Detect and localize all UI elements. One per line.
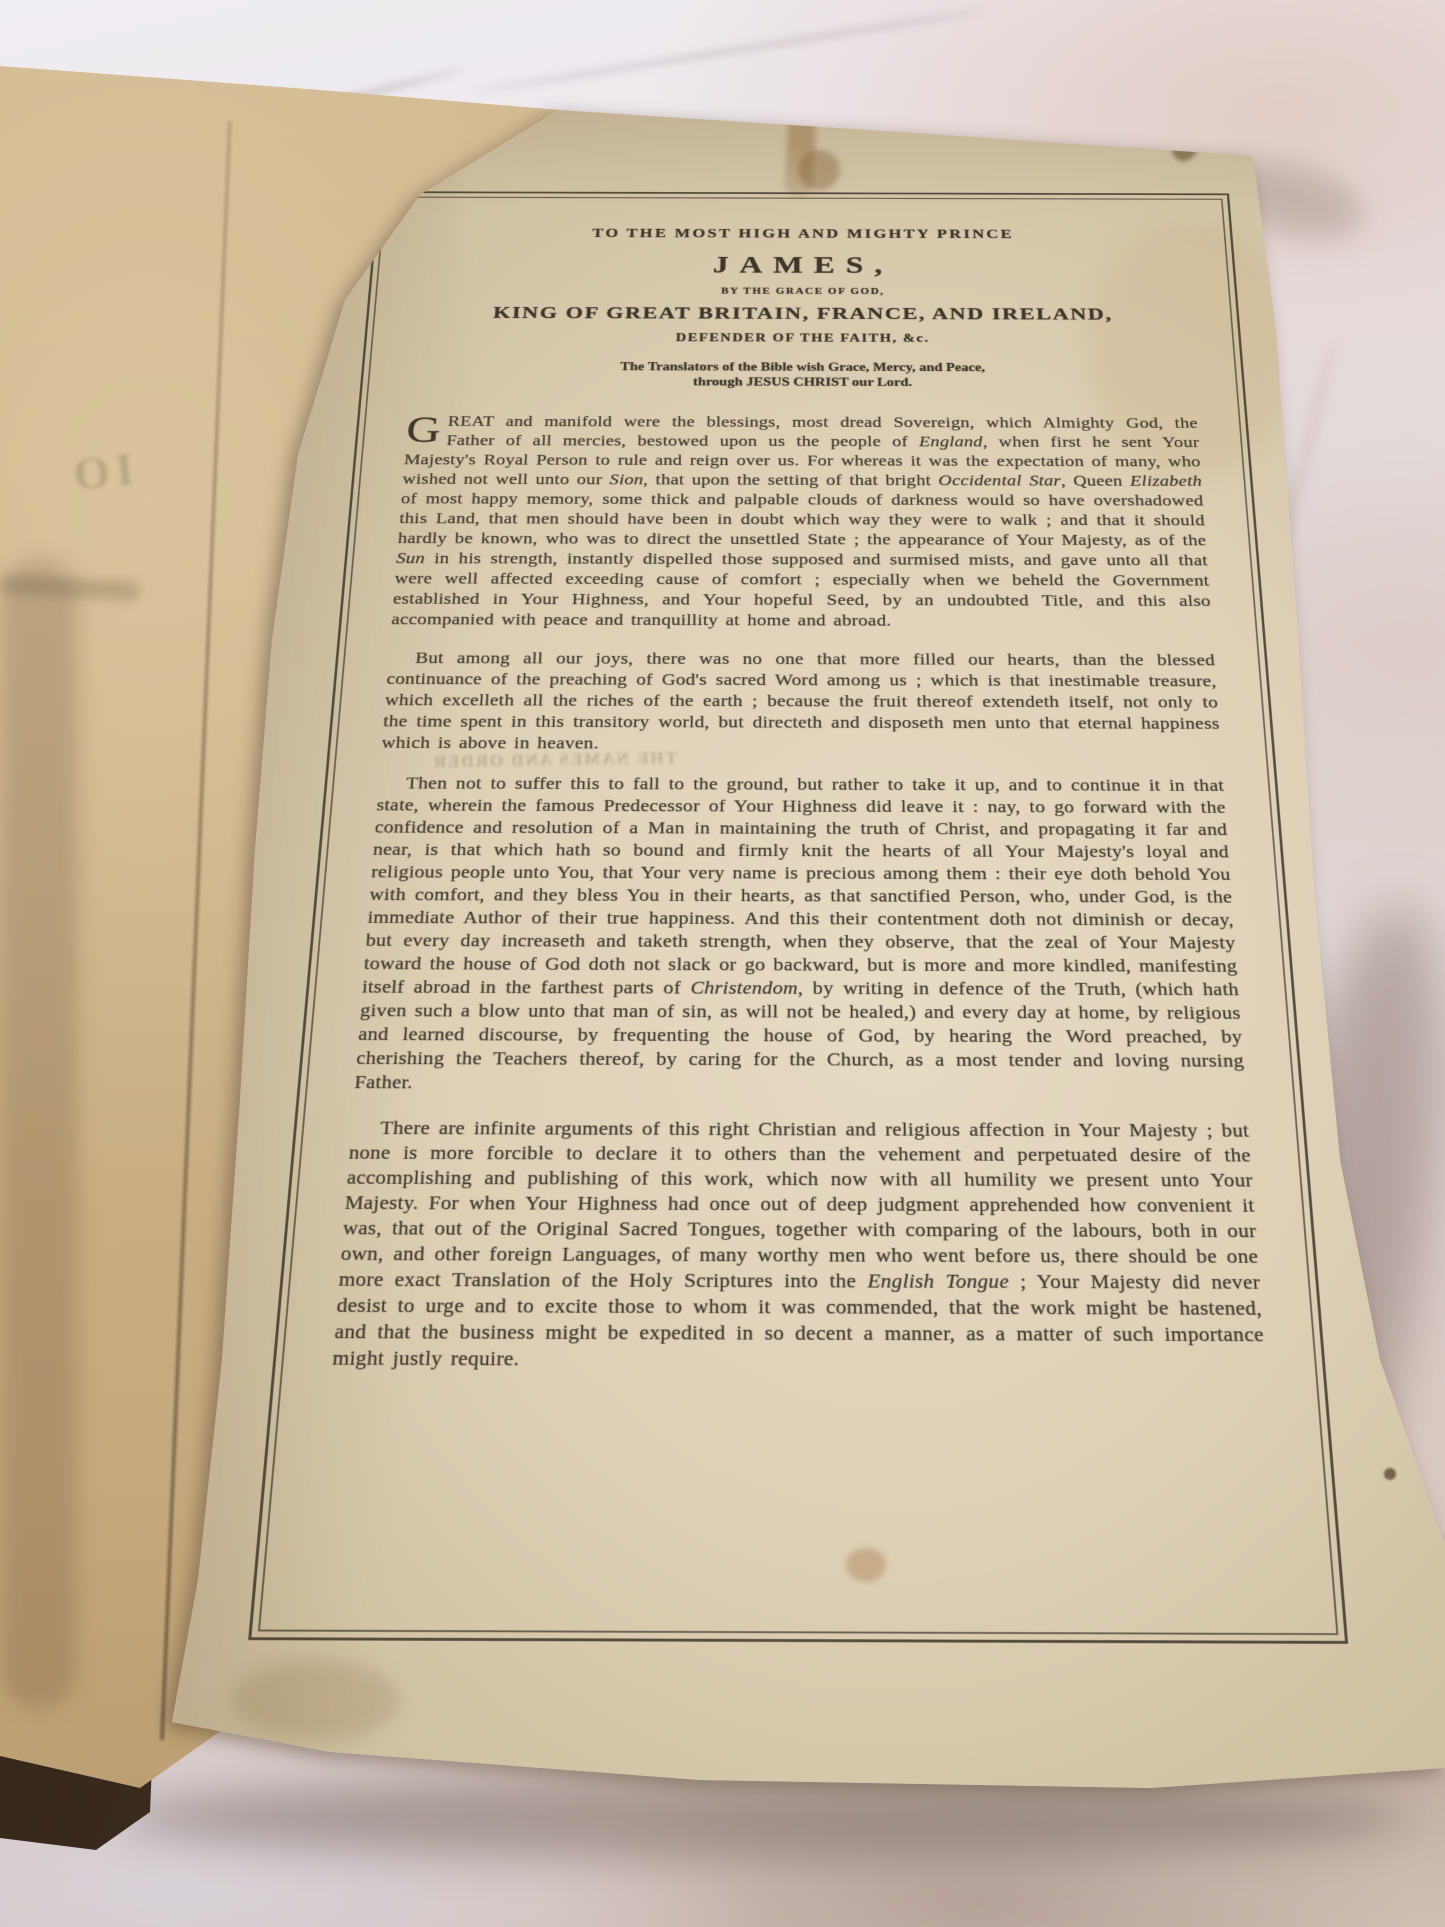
dedication-content: TO THE MOST HIGH AND MIGHTY PRINCE JAMES…: [248, 191, 1348, 1644]
heading-name: JAMES,: [419, 250, 1188, 280]
dedication-paragraph: But among all our joys, there was no one…: [381, 648, 1222, 756]
page-stain: [798, 150, 840, 190]
photo-of-open-bible: IO THE NAMES AND ORDER TO THE MOST HIGH …: [0, 0, 1445, 1927]
dedication-paragraph: Then not to suffer this to fall to the g…: [354, 772, 1247, 1097]
paragraph-text: But among all our joys, there was no one…: [381, 649, 1220, 752]
paragraph-text: Then not to suffer this to fall to the g…: [354, 774, 1245, 1092]
dedication-paragraph: There are infinite arguments of this rig…: [332, 1116, 1267, 1375]
printed-area: TO THE MOST HIGH AND MIGHTY PRINCE JAMES…: [248, 191, 1348, 1644]
dedication-body: GREAT and manifold were the blessings, m…: [332, 412, 1267, 1375]
heading-grace-line: BY THE GRACE OF GOD,: [417, 286, 1188, 298]
heading-address-line: TO THE MOST HIGH AND MIGHTY PRINCE: [422, 225, 1185, 242]
paragraph-text: REAT and manifold were the blessings, mo…: [391, 413, 1211, 629]
page-layer: THE NAMES AND ORDER TO THE MOST HIGH AND…: [0, 0, 1445, 1927]
salutation-line-1: The Translators of the Bible wish Grace,…: [411, 360, 1194, 375]
book-page: THE NAMES AND ORDER TO THE MOST HIGH AND…: [0, 0, 1445, 1927]
page-stain: [1384, 1468, 1396, 1480]
salutation-line-2: through JESUS CHRIST our Lord.: [410, 375, 1195, 390]
heading-king-line: KING OF GREAT BRITAIN, FRANCE, AND IRELA…: [415, 303, 1190, 325]
drop-cap: G: [405, 412, 448, 445]
dedication-paragraph: GREAT and manifold were the blessings, m…: [391, 412, 1213, 632]
paragraph-text: There are infinite arguments of this rig…: [332, 1118, 1265, 1370]
heading-defender-line: DEFENDER OF THE FAITH, &c.: [413, 331, 1192, 346]
page-stain: [230, 1660, 400, 1740]
